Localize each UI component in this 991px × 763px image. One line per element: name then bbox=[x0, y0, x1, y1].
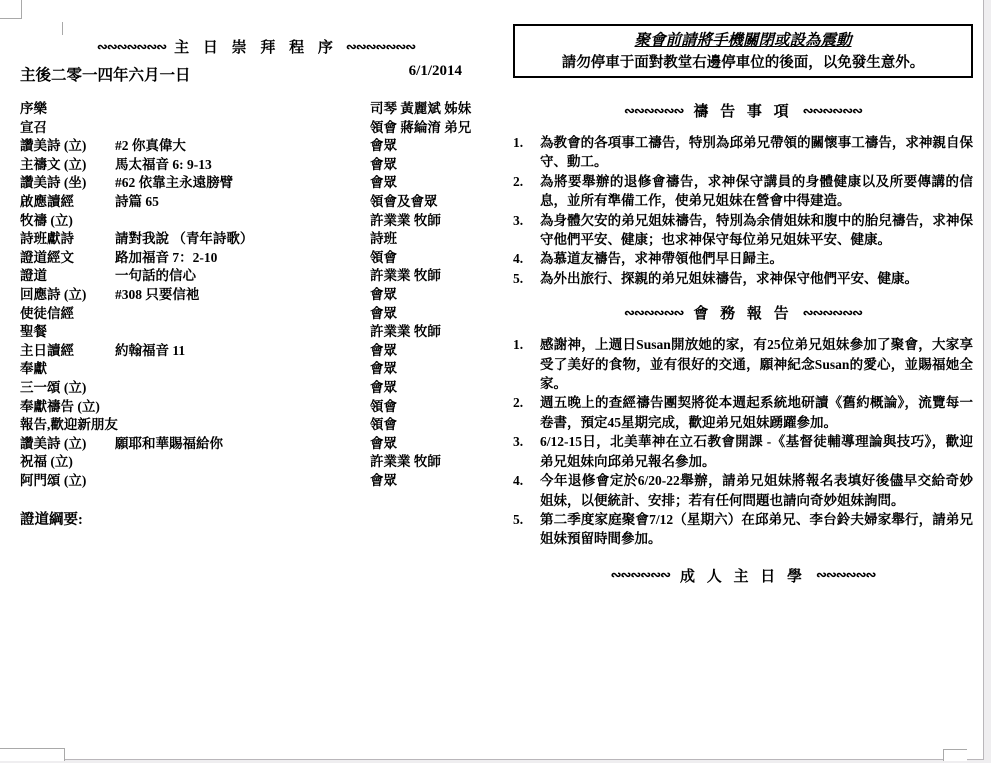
prayer-item: 3.為身體欠安的弟兄姐妹禱告，特別為余倩姐妹和腹中的胎兒禱告，求神保守他們平安、… bbox=[513, 211, 973, 250]
program-detail: 請對我說 （青年詩歌） bbox=[115, 230, 370, 249]
program-detail bbox=[115, 472, 370, 491]
program-detail bbox=[115, 453, 370, 472]
program-who: 領會 蔣綸淯 弟兄 bbox=[370, 119, 492, 138]
program-detail bbox=[115, 323, 370, 342]
program-row: 報告,歡迎新朋友領會 bbox=[20, 416, 492, 435]
ornament-left: ∾∾∾∾∾∾∾ bbox=[97, 39, 166, 55]
prayer-section-title: ∾∾∾∾∾∾ 禱 告 事 項 ∾∾∾∾∾∾ bbox=[513, 100, 973, 121]
program-list: 序樂司琴 黃麗斌 姊妹 宣召領會 蔣綸淯 弟兄 讚美詩 (立)#2 你真偉大會眾… bbox=[20, 100, 492, 490]
worship-program-column: ∾∾∾∾∾∾∾ 主 日 崇 拜 程 序 ∾∾∾∾∾∾∾ 主後二零一四年六月一日 … bbox=[20, 36, 492, 529]
program-detail bbox=[115, 119, 370, 138]
program-item: 啟應讀經 bbox=[20, 193, 115, 212]
program-row: 證道一句話的信心許業業 牧師 bbox=[20, 267, 492, 286]
program-who: 會眾 bbox=[370, 137, 492, 156]
item-text: 為教會的各項事工禱告，特別為邱弟兄帶領的關懷事工禱告，求神親自保守、動工。 bbox=[540, 133, 973, 172]
program-detail: 願耶和華賜福給你 bbox=[115, 435, 370, 454]
program-who: 司琴 黃麗斌 姊妹 bbox=[370, 100, 492, 119]
date-chinese: 主後二零一四年六月一日 bbox=[20, 63, 191, 85]
item-text: 第二季度家庭聚會7/12（星期六）在邱弟兄、李台鈴夫婦家舉行，請弟兄姐妹預留時間… bbox=[540, 510, 973, 549]
program-row: 奉獻會眾 bbox=[20, 360, 492, 379]
announcements-column: 聚會前請將手機關閉或設為震動 請勿停車于面對教堂右邊停車位的後面，以免發生意外。… bbox=[513, 24, 973, 586]
item-text: 今年退修會定於6/20-22舉辦，請弟兄姐妹將報名表填好後儘早交給奇妙姐妹，以便… bbox=[540, 471, 973, 510]
program-item: 阿門頌 (立) bbox=[20, 472, 115, 491]
notice-box: 聚會前請將手機關閉或設為震動 請勿停車于面對教堂右邊停車位的後面，以免發生意外。 bbox=[513, 24, 973, 78]
program-row: 讚美詩 (立)#2 你真偉大會眾 bbox=[20, 137, 492, 156]
announcement-item: 3.6/12-15日，北美華神在立石教會開課 -《基督徒輔導理論與技巧》，歡迎弟… bbox=[513, 432, 973, 471]
program-row: 啟應讀經詩篇 65領會及會眾 bbox=[20, 193, 492, 212]
page-corner-mark bbox=[62, 22, 63, 35]
program-row: 阿門頌 (立)會眾 bbox=[20, 472, 492, 491]
program-who: 會眾 bbox=[370, 435, 492, 454]
item-text: 為慕道友禱告，求神帶領他們早日歸主。 bbox=[540, 249, 973, 268]
program-who: 許業業 牧師 bbox=[370, 453, 492, 472]
program-row: 宣召領會 蔣綸淯 弟兄 bbox=[20, 119, 492, 138]
item-number: 2. bbox=[513, 393, 540, 432]
prayer-item: 4.為慕道友禱告，求神帶領他們早日歸主。 bbox=[513, 249, 973, 268]
program-who: 會眾 bbox=[370, 156, 492, 175]
program-row: 三一頌 (立)會眾 bbox=[20, 379, 492, 398]
program-item: 詩班獻詩 bbox=[20, 230, 115, 249]
item-text: 感謝神，上週日Susan開放她的家，有25位弟兄姐妹參加了聚會，大家享受了美好的… bbox=[540, 335, 973, 393]
prayer-item: 5.為外出旅行、探親的弟兄姐妹禱告，求神保守他們平安、健康。 bbox=[513, 269, 973, 288]
announcement-item: 2.週五晚上的查經禱告團契將從本週起系統地研讀《舊約概論》，流覽每一卷書，預定4… bbox=[513, 393, 973, 432]
ornament-right: ∾∾∾∾∾∾ bbox=[803, 103, 862, 119]
program-row: 聖餐許業業 牧師 bbox=[20, 323, 492, 342]
program-item: 讚美詩 (立) bbox=[20, 435, 115, 454]
program-who: 會眾 bbox=[370, 286, 492, 305]
program-item: 讚美詩 (坐) bbox=[20, 174, 115, 193]
item-text: 為身體欠安的弟兄姐妹禱告，特別為余倩姐妹和腹中的胎兒禱告，求神保守他們平安、健康… bbox=[540, 211, 973, 250]
ornament-left: ∾∾∾∾∾∾ bbox=[624, 305, 683, 321]
program-item: 聖餐 bbox=[20, 323, 115, 342]
sermon-outline-label: 證道綱要: bbox=[20, 508, 492, 529]
program-who: 領會 bbox=[370, 398, 492, 417]
item-number: 1. bbox=[513, 335, 540, 393]
program-who: 領會 bbox=[370, 416, 492, 435]
program-detail: 路加福音 7：2-10 bbox=[115, 249, 370, 268]
ornament-right: ∾∾∾∾∾∾ bbox=[803, 305, 862, 321]
program-item: 祝福 (立) bbox=[20, 453, 115, 472]
sunday-school-title-text: 成 人 主 日 學 bbox=[680, 565, 806, 586]
program-who: 會眾 bbox=[370, 342, 492, 361]
page-corner-mark bbox=[0, 748, 65, 761]
notice-line1: 聚會前請將手機關閉或設為震動 bbox=[521, 28, 965, 50]
program-who: 許業業 牧師 bbox=[370, 267, 492, 286]
program-who: 會眾 bbox=[370, 360, 492, 379]
prayer-list: 1.為教會的各項事工禱告，特別為邱弟兄帶領的關懷事工禱告，求神親自保守、動工。 … bbox=[513, 133, 973, 288]
program-row: 主日讀經約翰福音 11會眾 bbox=[20, 342, 492, 361]
announcement-item: 5.第二季度家庭聚會7/12（星期六）在邱弟兄、李台鈴夫婦家舉行，請弟兄姐妹預留… bbox=[513, 510, 973, 549]
program-item: 序樂 bbox=[20, 100, 115, 119]
program-detail: 馬太福音 6: 9-13 bbox=[115, 156, 370, 175]
program-who: 會眾 bbox=[370, 379, 492, 398]
program-who: 會眾 bbox=[370, 305, 492, 324]
program-who: 會眾 bbox=[370, 174, 492, 193]
program-title-text: 主 日 崇 拜 程 序 bbox=[174, 36, 338, 57]
item-number: 5. bbox=[513, 510, 540, 549]
ornament-left: ∾∾∾∾∾∾ bbox=[611, 567, 670, 583]
ornament-left: ∾∾∾∾∾∾ bbox=[624, 103, 683, 119]
announcement-item: 1.感謝神，上週日Susan開放她的家，有25位弟兄姐妹參加了聚會，大家享受了美… bbox=[513, 335, 973, 393]
program-title: ∾∾∾∾∾∾∾ 主 日 崇 拜 程 序 ∾∾∾∾∾∾∾ bbox=[20, 36, 492, 57]
program-row: 牧禱 (立)許業業 牧師 bbox=[20, 212, 492, 231]
item-number: 2. bbox=[513, 172, 540, 211]
program-detail bbox=[115, 416, 370, 435]
sunday-school-section-title: ∾∾∾∾∾∾ 成 人 主 日 學 ∾∾∾∾∾∾ bbox=[513, 565, 973, 586]
program-item: 牧禱 (立) bbox=[20, 212, 115, 231]
program-item: 奉獻 bbox=[20, 360, 115, 379]
date-row: 主後二零一四年六月一日 6/1/2014 bbox=[20, 63, 492, 85]
item-text: 為外出旅行、探親的弟兄姐妹禱告，求神保守他們平安、健康。 bbox=[540, 269, 973, 288]
prayer-item: 2.為將要舉辦的退修會禱告，求神保守講員的身體健康以及所要傳講的信息，並所有準備… bbox=[513, 172, 973, 211]
program-row: 祝福 (立)許業業 牧師 bbox=[20, 453, 492, 472]
program-detail: 一句話的信心 bbox=[115, 267, 370, 286]
announcements-section-title: ∾∾∾∾∾∾ 會 務 報 告 ∾∾∾∾∾∾ bbox=[513, 302, 973, 323]
page-corner-mark bbox=[943, 749, 967, 761]
program-detail: #2 你真偉大 bbox=[115, 137, 370, 156]
program-item: 主日讀經 bbox=[20, 342, 115, 361]
program-detail: 約翰福音 11 bbox=[115, 342, 370, 361]
program-row: 回應詩 (立)#308 只要信祂會眾 bbox=[20, 286, 492, 305]
program-who: 領會 bbox=[370, 249, 492, 268]
item-number: 4. bbox=[513, 249, 540, 268]
program-item: 三一頌 (立) bbox=[20, 379, 115, 398]
program-who: 領會及會眾 bbox=[370, 193, 492, 212]
program-item: 宣召 bbox=[20, 119, 115, 138]
program-detail bbox=[115, 212, 370, 231]
program-item: 證道經文 bbox=[20, 249, 115, 268]
announcements-list: 1.感謝神，上週日Susan開放她的家，有25位弟兄姐妹參加了聚會，大家享受了美… bbox=[513, 335, 973, 548]
program-who: 詩班 bbox=[370, 230, 492, 249]
program-detail bbox=[115, 360, 370, 379]
item-number: 3. bbox=[513, 211, 540, 250]
program-detail: 詩篇 65 bbox=[115, 193, 370, 212]
item-number: 1. bbox=[513, 133, 540, 172]
program-item: 讚美詩 (立) bbox=[20, 137, 115, 156]
program-detail: #62 依靠主永遠膀臂 bbox=[115, 174, 370, 193]
page-corner-mark bbox=[0, 0, 22, 19]
ornament-right: ∾∾∾∾∾∾ bbox=[816, 567, 875, 583]
program-item: 證道 bbox=[20, 267, 115, 286]
program-detail bbox=[115, 305, 370, 324]
program-row: 使徒信經會眾 bbox=[20, 305, 492, 324]
program-item: 奉獻禱告 (立) bbox=[20, 398, 115, 417]
prayer-item: 1.為教會的各項事工禱告，特別為邱弟兄帶領的關懷事工禱告，求神親自保守、動工。 bbox=[513, 133, 973, 172]
item-text: 週五晚上的查經禱告團契將從本週起系統地研讀《舊約概論》，流覽每一卷書，預定45星… bbox=[540, 393, 973, 432]
program-who: 許業業 牧師 bbox=[370, 212, 492, 231]
item-number: 5. bbox=[513, 269, 540, 288]
prayer-title-text: 禱 告 事 項 bbox=[693, 100, 792, 121]
program-item: 報告,歡迎新朋友 bbox=[20, 416, 115, 435]
program-row: 主禱文 (立)馬太福音 6: 9-13會眾 bbox=[20, 156, 492, 175]
program-who: 會眾 bbox=[370, 472, 492, 491]
notice-line2: 請勿停車于面對教堂右邊停車位的後面，以免發生意外。 bbox=[521, 51, 965, 72]
program-detail bbox=[115, 398, 370, 417]
program-row: 詩班獻詩請對我說 （青年詩歌）詩班 bbox=[20, 230, 492, 249]
program-detail bbox=[115, 379, 370, 398]
program-who: 許業業 牧師 bbox=[370, 323, 492, 342]
program-detail bbox=[115, 100, 370, 119]
item-number: 3. bbox=[513, 432, 540, 471]
program-item: 使徒信經 bbox=[20, 305, 115, 324]
item-text: 為將要舉辦的退修會禱告，求神保守講員的身體健康以及所要傳講的信息，並所有準備工作… bbox=[540, 172, 973, 211]
program-row: 讚美詩 (坐)#62 依靠主永遠膀臂會眾 bbox=[20, 174, 492, 193]
program-item: 回應詩 (立) bbox=[20, 286, 115, 305]
program-row: 讚美詩 (立)願耶和華賜福給你會眾 bbox=[20, 435, 492, 454]
item-text: 6/12-15日，北美華神在立石教會開課 -《基督徒輔導理論與技巧》，歡迎弟兄姐… bbox=[540, 432, 973, 471]
ornament-right: ∾∾∾∾∾∾∾ bbox=[346, 39, 415, 55]
program-detail: #308 只要信祂 bbox=[115, 286, 370, 305]
program-row: 證道經文路加福音 7：2-10領會 bbox=[20, 249, 492, 268]
announcement-item: 4.今年退修會定於6/20-22舉辦，請弟兄姐妹將報名表填好後儘早交給奇妙姐妹，… bbox=[513, 471, 973, 510]
date-english: 6/1/2014 bbox=[409, 63, 462, 85]
announcements-title-text: 會 務 報 告 bbox=[693, 302, 792, 323]
program-item: 主禱文 (立) bbox=[20, 156, 115, 175]
program-row: 序樂司琴 黃麗斌 姊妹 bbox=[20, 100, 492, 119]
item-number: 4. bbox=[513, 471, 540, 510]
bulletin-page: ∾∾∾∾∾∾∾ 主 日 崇 拜 程 序 ∾∾∾∾∾∾∾ 主後二零一四年六月一日 … bbox=[0, 0, 984, 760]
program-row: 奉獻禱告 (立)領會 bbox=[20, 398, 492, 417]
